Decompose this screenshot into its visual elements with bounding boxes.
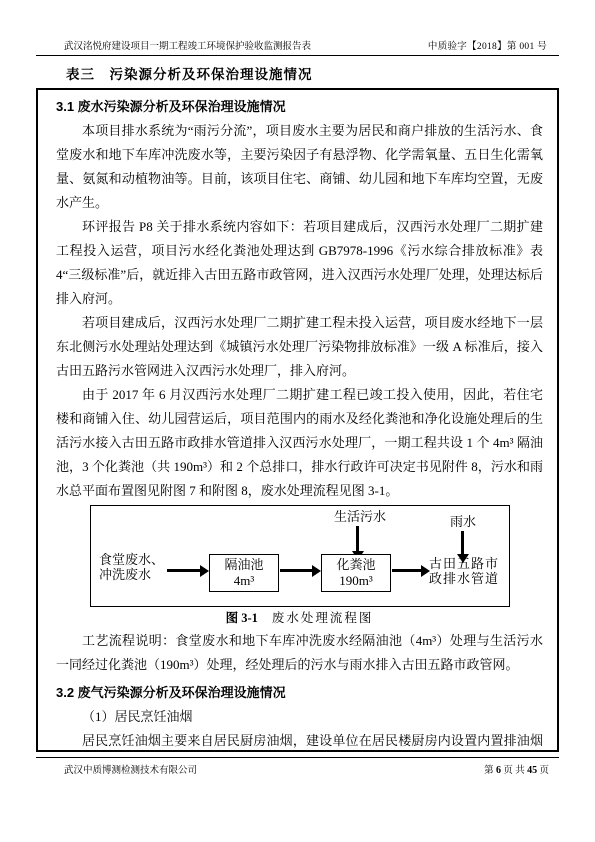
process-description: 工艺流程说明：食堂废水和地下车库冲洗废水经隔油池（4m³）处理与生活污水一同经过… [56, 629, 543, 677]
content-box: 3.1 废水污染源分析及环保治理设施情况 本项目排水系统为“雨污分流”，项目废水… [36, 88, 559, 752]
sewage-down-arrow-icon [356, 526, 359, 552]
header-report-title: 武汉洺悦府建设项目一期工程竣工环境保护验收监测报告表 [64, 38, 311, 52]
figure-caption-title: 废水处理流程图 [272, 611, 374, 625]
page-header: 武汉洺悦府建设项目一期工程竣工环境保护验收监测报告表 中质验字【2018】第 0… [36, 36, 559, 56]
flow-arrow-3-icon [392, 569, 422, 572]
rain-down-arrow-icon [461, 531, 464, 555]
wastewater-flow-diagram: 生活污水 雨水 食堂废水、 冲洗废水 隔油池 4m³ 化粪池 19 [90, 505, 510, 607]
paragraph: 本项目排水系统为“雨污分流”，项目废水主要为居民和商户排放的生活污水、食堂废水和… [56, 119, 543, 215]
paragraph: 若项目建成后，汉西污水处理厂二期扩建工程未投入运营，项目废水经地下一层东北侧污水… [56, 311, 543, 383]
header-doc-number: 中质验字【2018】第 001 号 [428, 38, 547, 52]
paragraph: 环评报告 P8 关于排水系统内容如下：若项目建成后，汉西污水处理厂二期扩建工程投… [56, 215, 543, 311]
table-title: 表三 污染源分析及环保治理设施情况 [66, 63, 313, 83]
flow-arrow-2-icon [280, 569, 313, 572]
section-3-1-heading: 3.1 废水污染源分析及环保治理设施情况 [56, 95, 543, 119]
page-footer: 武汉中质博测检测技术有限公司 第 6 页 共 45 页 [36, 757, 559, 776]
flow-destination-label: 古田五路市 政排水管道 [429, 556, 499, 586]
flow-arrow-1-icon [167, 569, 201, 572]
paragraph: 居民烹饪油烟主要来自居民厨房油烟，建设单位在居民楼厨房内设置内置排油烟道，产生的… [56, 729, 543, 752]
rain-inflow-label: 雨水 [443, 514, 483, 529]
paragraph: 由于 2017 年 6 月汉西污水处理厂二期扩建工程已竣工投入使用，因此，若住宅… [56, 383, 543, 503]
section-3-2-heading: 3.2 废气污染源分析及环保治理设施情况 [56, 681, 543, 705]
footer-page-number: 第 6 页 共 45 页 [484, 762, 549, 776]
figure-caption: 图 3-1废水处理流程图 [56, 607, 543, 629]
sewage-inflow-label: 生活污水 [334, 509, 386, 524]
flow-source-label: 食堂废水、 冲洗废水 [99, 552, 167, 582]
section-3-2-item-title: （1）居民烹饪油烟 [56, 705, 543, 729]
footer-company: 武汉中质博测检测技术有限公司 [64, 762, 197, 776]
oil-separator-box: 隔油池 4m³ [209, 554, 279, 592]
figure-caption-label: 图 3-1 [226, 611, 258, 625]
septic-tank-box: 化粪池 190m³ [321, 554, 391, 592]
report-page: 武汉洺悦府建设项目一期工程竣工环境保护验收监测报告表 中质验字【2018】第 0… [0, 0, 595, 842]
